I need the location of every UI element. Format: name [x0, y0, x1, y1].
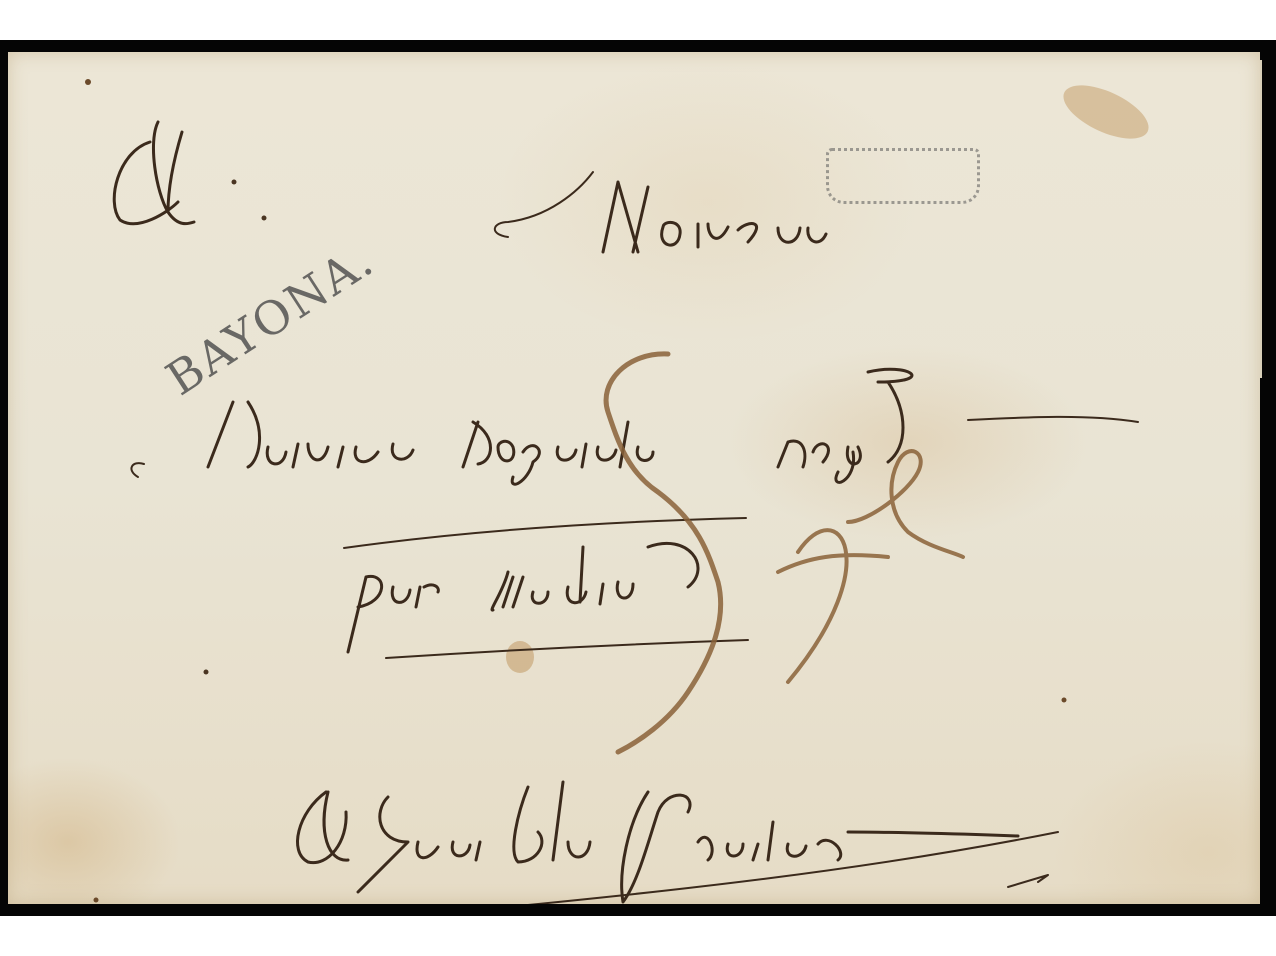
- stain: [506, 641, 534, 673]
- letter-cover: BAYONA. Ct: [8, 52, 1260, 904]
- handwriting-layer: [8, 52, 1260, 904]
- stain: [1056, 74, 1156, 149]
